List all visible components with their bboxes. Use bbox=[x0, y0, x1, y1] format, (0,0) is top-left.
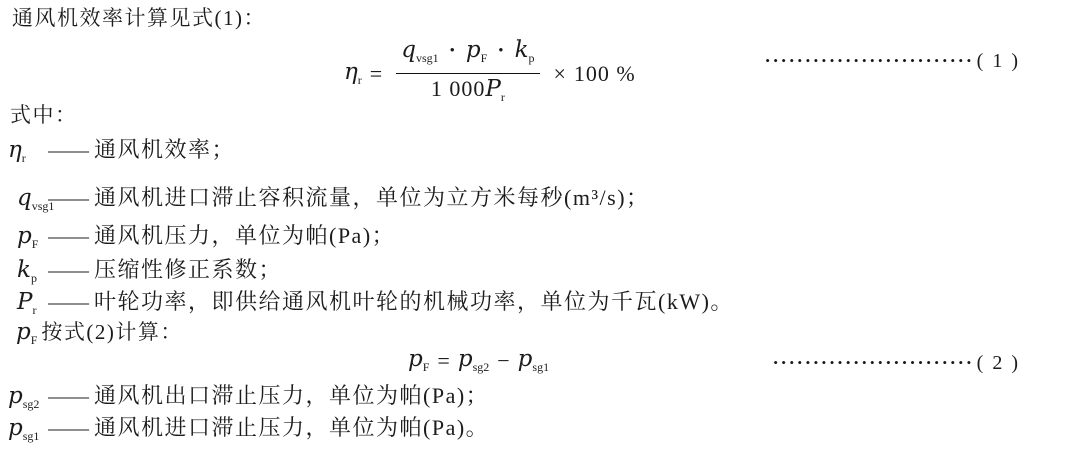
dash: —— bbox=[48, 184, 94, 212]
leader-dots: •••••••••••••••••••••••••• bbox=[765, 48, 974, 74]
formula-2: pF = psg2 − psg1 bbox=[408, 346, 549, 375]
definition-text: 通风机进口滞止容积流量，单位为立方米每秒(m³/s)； bbox=[94, 184, 650, 212]
definition-text: 通风机效率； bbox=[94, 136, 235, 164]
definition-row-p-f: pF —— 通风机压力，单位为帕(Pa)； bbox=[8, 222, 395, 258]
dash: —— bbox=[48, 414, 94, 442]
document-page: 通风机效率计算见式(1)： ηr = qvsg1 • pF • kp 1 000… bbox=[0, 0, 1080, 452]
definition-row-eta-r: ηr —— 通风机效率； bbox=[8, 136, 235, 172]
definition-row-k-p: kp —— 压缩性修正系数； bbox=[8, 256, 282, 292]
definition-row-p-sg2: psg2 —— 通风机出口滞止压力，单位为帕(Pa)； bbox=[8, 382, 489, 418]
symbol-q-vsg1: qvsg1 bbox=[8, 184, 48, 220]
minus-sign: − bbox=[497, 348, 509, 374]
dash: —— bbox=[48, 256, 94, 284]
definition-text: 通风机压力，单位为帕(Pa)； bbox=[94, 222, 395, 250]
definition-text: 压缩性修正系数； bbox=[94, 256, 282, 284]
p-f-symbol: pF bbox=[408, 346, 429, 375]
where-label: 式中： bbox=[10, 101, 78, 129]
dash: —— bbox=[48, 288, 94, 316]
symbol-eta-r: ηr bbox=[8, 136, 48, 172]
multiply-dot: • bbox=[450, 43, 455, 59]
equation-number: ( 1 ) bbox=[977, 48, 1020, 74]
symbol-p-sg2: psg2 bbox=[8, 382, 48, 418]
definition-text: 叶轮功率，即供给通风机叶轮的机械功率，单位为千瓦(kW)。 bbox=[94, 288, 734, 316]
equation-number: ( 2 ) bbox=[977, 350, 1020, 376]
definition-text: 通风机出口滞止压力，单位为帕(Pa)； bbox=[94, 382, 489, 410]
p-sg2-symbol: psg2 bbox=[458, 346, 489, 375]
times-sign: × bbox=[554, 61, 566, 87]
eta-symbol: ηr bbox=[344, 59, 362, 88]
leader-dots: ••••••••••••••••••••••••• bbox=[773, 350, 974, 376]
p-sg1-symbol: psg1 bbox=[518, 346, 549, 375]
definition-row-p-sg1: psg1 —— 通风机进口滞止压力，单位为帕(Pa)。 bbox=[8, 414, 489, 450]
symbol-p-f: pF bbox=[8, 222, 48, 258]
symbol-k-p: kp bbox=[8, 256, 48, 292]
pf-intro-line: pF 按式(2)计算： bbox=[16, 318, 183, 354]
pf-intro-text: 按式(2)计算： bbox=[41, 320, 183, 344]
equation-2-leader: ••••••••••••••••••••••••• ( 2 ) bbox=[773, 350, 1020, 376]
dash: —— bbox=[48, 382, 94, 410]
definition-text: 通风机进口滞止压力，单位为帕(Pa)。 bbox=[94, 414, 489, 442]
equals-sign: = bbox=[437, 348, 449, 374]
percent-value: 100 % bbox=[574, 61, 636, 87]
fraction-denominator: 1 000Pr bbox=[396, 74, 539, 109]
equals-sign: = bbox=[370, 61, 382, 87]
dash: —— bbox=[48, 136, 94, 164]
formula-1: ηr = qvsg1 • pF • kp 1 000Pr × 100 % bbox=[344, 38, 636, 109]
fraction: qvsg1 • pF • kp 1 000Pr bbox=[396, 38, 539, 109]
fraction-numerator: qvsg1 • pF • kp bbox=[396, 38, 539, 74]
symbol-p-sg1: psg1 bbox=[8, 414, 48, 450]
symbol-p-f: p bbox=[16, 319, 31, 345]
intro-sentence: 通风机效率计算见式(1)： bbox=[12, 4, 266, 32]
equation-1-leader: •••••••••••••••••••••••••• ( 1 ) bbox=[765, 48, 1020, 74]
dash: —— bbox=[48, 222, 94, 250]
multiply-dot: • bbox=[498, 43, 503, 59]
definition-row-q-vsg1: qvsg1 —— 通风机进口滞止容积流量，单位为立方米每秒(m³/s)； bbox=[8, 184, 650, 220]
